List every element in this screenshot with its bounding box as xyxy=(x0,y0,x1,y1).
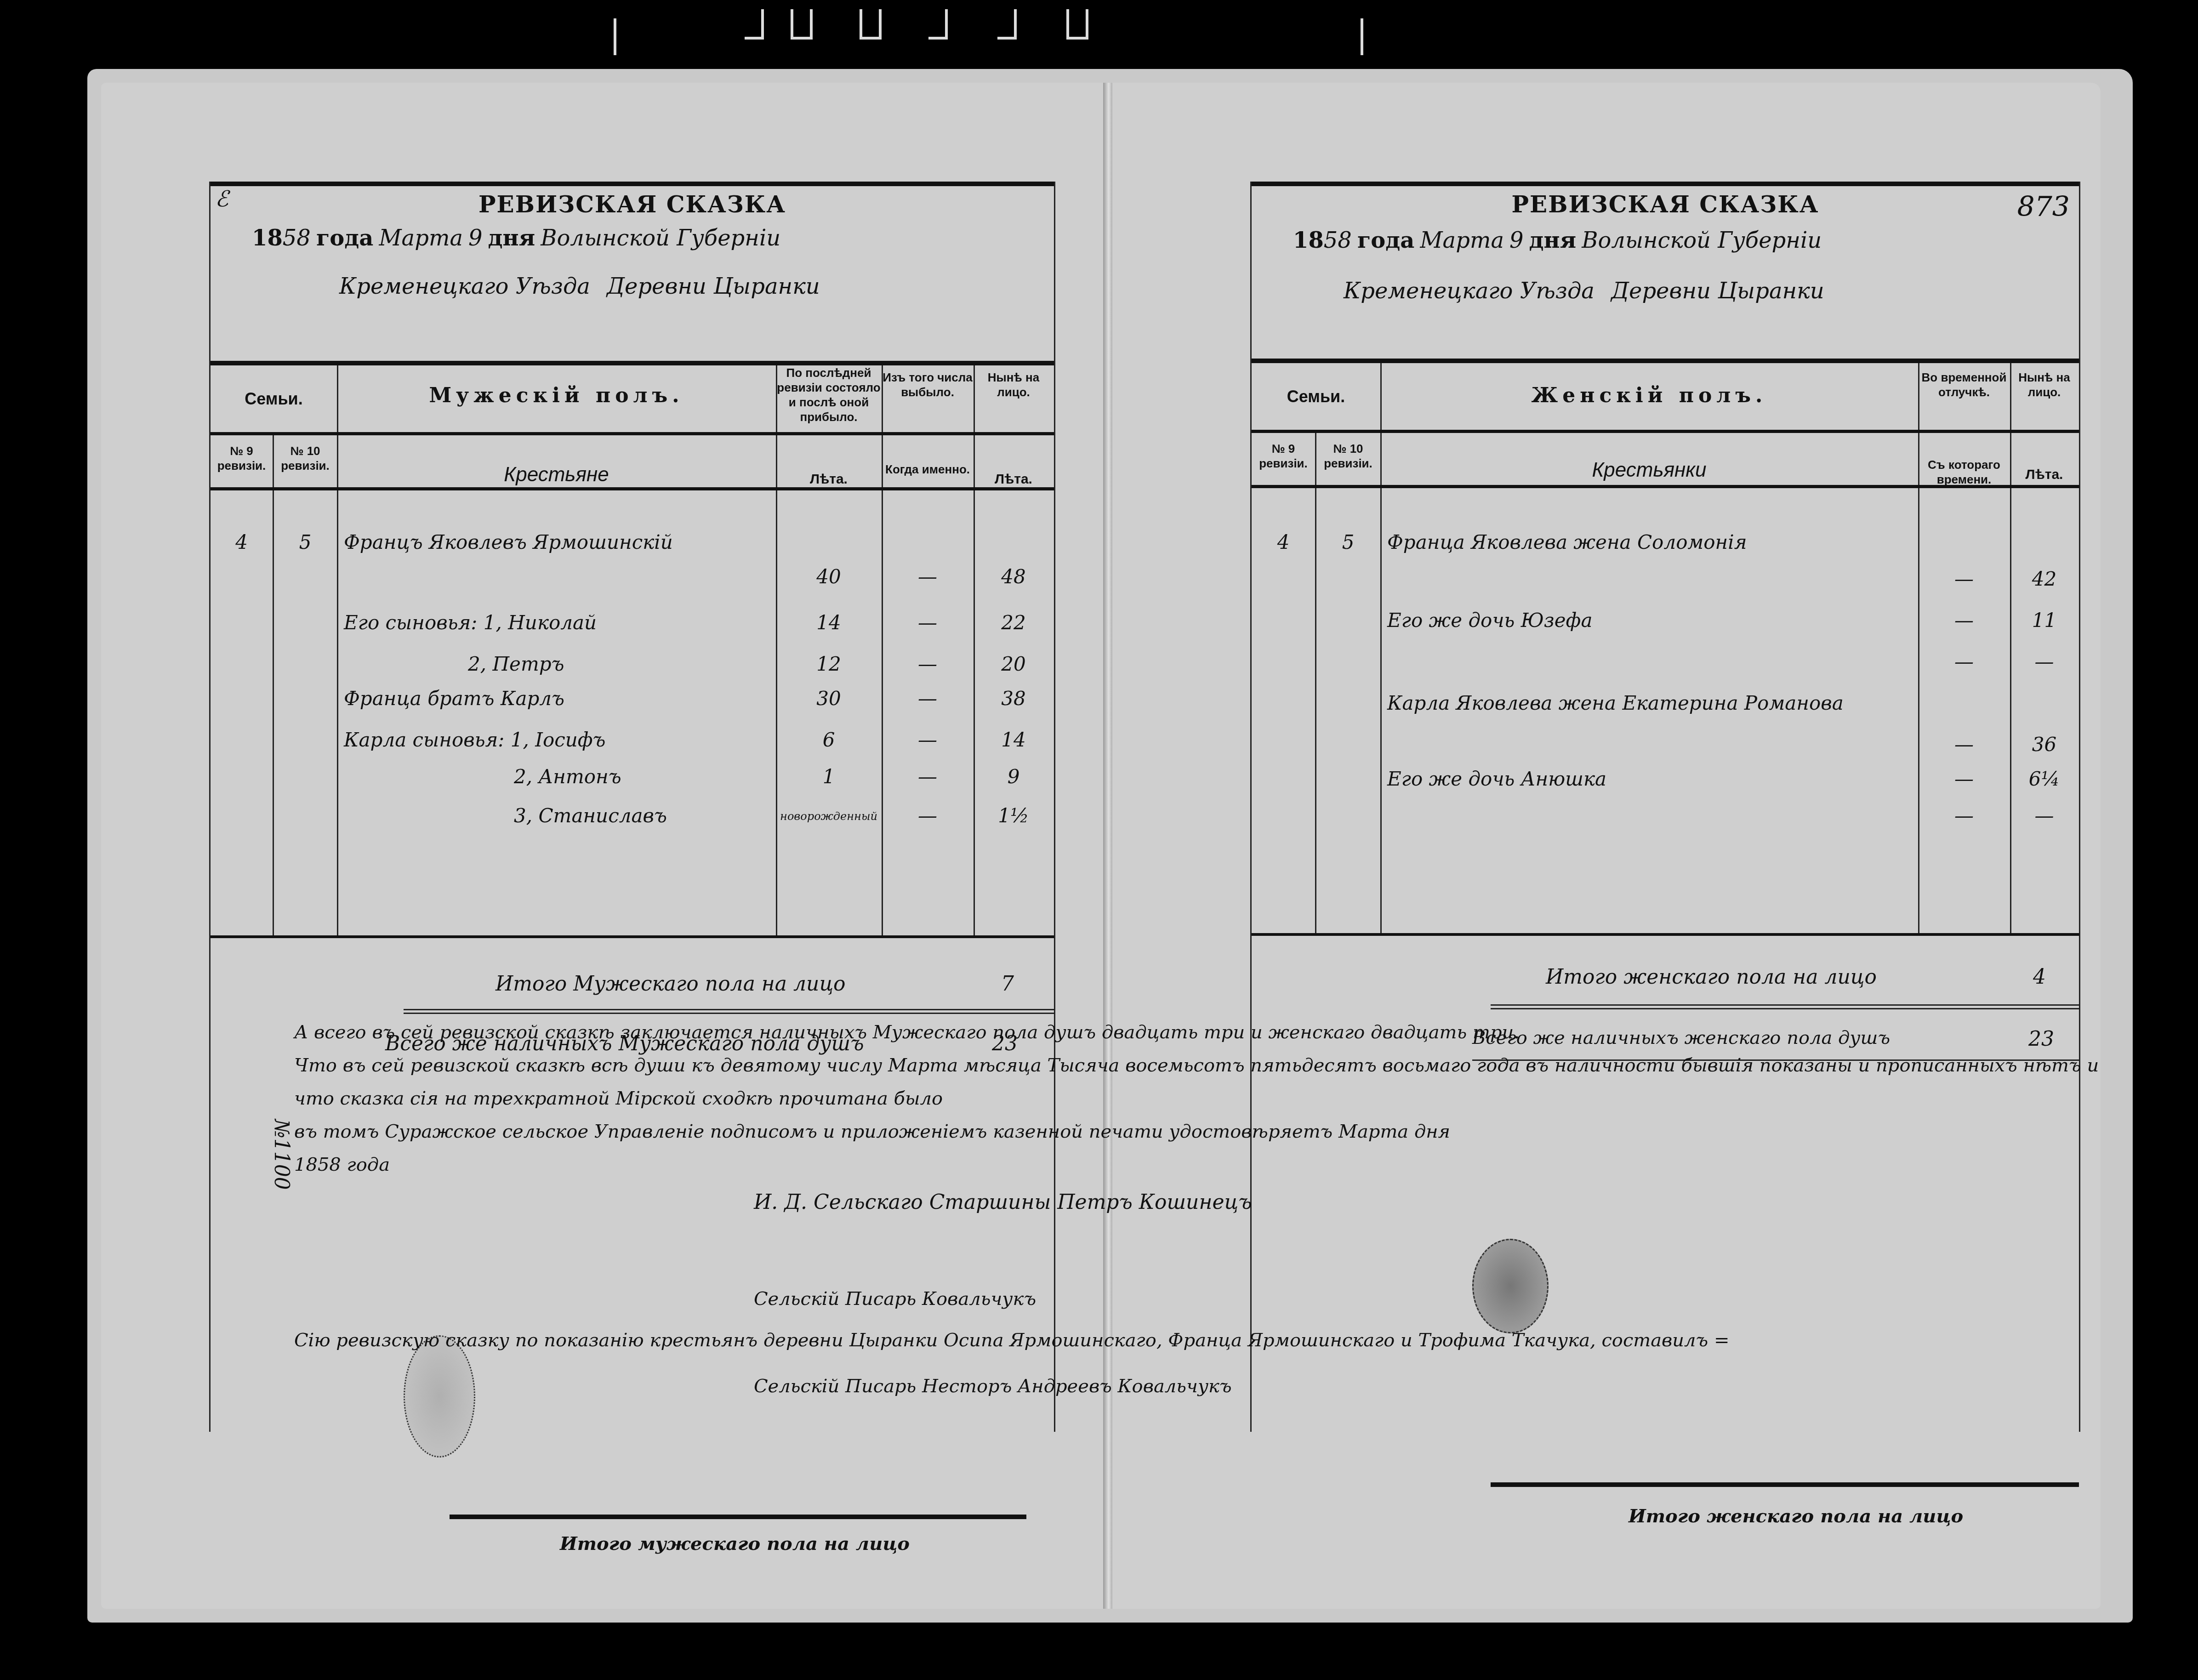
sub-no10: № 10 ревизіи. xyxy=(273,444,337,473)
page-title: РЕВИЗСКАЯ СКАЗКА xyxy=(211,191,1054,218)
seal-stamp xyxy=(1472,1239,1549,1333)
rule xyxy=(404,1013,1054,1014)
binder-tab xyxy=(860,9,882,40)
table-row: 3, Станиславъ новорожденный — 1½ xyxy=(211,804,1054,846)
sub-estate: Крестьянки xyxy=(1380,462,1918,478)
col-sex: Мужескій полъ. xyxy=(337,384,776,407)
day: 9 xyxy=(1509,228,1524,253)
rule xyxy=(211,432,1054,435)
col-departed: Изъ того числа выбыло. xyxy=(883,370,973,399)
date-line: 1858 года Марта 9 дня Волынской Губерніи xyxy=(1293,228,1822,253)
sub-since: Съ котораго времени. xyxy=(1919,457,2009,487)
total-present-label: Итого женскаго пола на лицо xyxy=(1546,965,1877,989)
date-line: 1858 года Марта 9 дня Волынской Губерніи xyxy=(252,225,780,251)
rule xyxy=(211,935,1054,938)
col-temp-absent: Во временной отлучкѣ. xyxy=(1919,370,2009,399)
right-page: РЕВИЗСКАЯ СКАЗКА 873 1858 года Марта 9 д… xyxy=(1112,83,2101,1609)
total-present-value: 7 xyxy=(1001,972,1014,996)
folio-number: 873 xyxy=(2017,191,2070,223)
table-row: Карла Яковлева жена Екатерина Романова —… xyxy=(1252,692,2079,733)
binder-mark xyxy=(614,18,616,55)
sub-years: Лѣта. xyxy=(2011,467,2078,483)
binder-mark xyxy=(1361,18,1363,55)
day: 9 xyxy=(468,225,483,251)
open-book: ℰ РЕВИЗСКАЯ СКАЗКА 1858 года Марта 9 дня… xyxy=(87,69,2133,1623)
certification-line: 1858 года xyxy=(294,1148,2110,1181)
rule xyxy=(1491,1482,2079,1487)
rule xyxy=(211,182,1054,186)
table-row: Его же дочь Юзефа — 11 xyxy=(1252,609,2079,650)
rule xyxy=(1252,485,2079,488)
sub-no9: № 9 ревизіи. xyxy=(1252,441,1315,471)
table-row: Франца братъ Карлъ 30 — 38 xyxy=(211,687,1054,729)
location-line: Кременецкаго Уѣзда Деревни Цыранки xyxy=(1344,278,1824,304)
table-row: 4 5 Франца Яковлева жена Соломонія — 42 xyxy=(1252,531,2079,572)
table-row: Его же дочь Анюшка — 6¼ xyxy=(1252,768,2079,809)
binder-tab xyxy=(791,9,813,40)
rule xyxy=(211,487,1054,490)
footer-total-label: Итого мужескаго пола на лицо xyxy=(560,1533,910,1555)
district: Кременецкаго Уѣзда xyxy=(339,273,590,299)
certification-line: въ томъ Суражское сельское Управленіе по… xyxy=(294,1115,2110,1148)
sub-years: Лѣта. xyxy=(777,471,881,488)
male-census-form: ℰ РЕВИЗСКАЯ СКАЗКА 1858 года Марта 9 дня… xyxy=(209,182,1055,1432)
col-family: Семьи. xyxy=(1252,388,1380,405)
sub-estate: Крестьяне xyxy=(337,467,776,483)
female-census-form: РЕВИЗСКАЯ СКАЗКА 873 1858 года Марта 9 д… xyxy=(1250,182,2080,1432)
rule xyxy=(450,1515,1026,1519)
composed-line: Сію ревизскую сказку по показанію кресть… xyxy=(294,1324,2110,1357)
binder-tab xyxy=(1066,9,1088,40)
binder-tab xyxy=(745,9,764,40)
village: Деревни Цыранки xyxy=(607,273,820,299)
col-now: Нынѣ на лицо. xyxy=(2011,370,2078,399)
table-row: — — xyxy=(1252,650,2079,692)
footer-total-label: Итого женскаго пола на лицо xyxy=(1629,1505,1963,1527)
composed-signature: Сельскій Писарь Несторъ Андреевъ Ковальч… xyxy=(754,1370,1232,1403)
location-line: Кременецкаго Уѣзда Деревни Цыранки xyxy=(339,273,820,299)
certification-line: Что въ сей ревизской сказкѣ всѣ души къ … xyxy=(294,1049,2110,1115)
page-title: РЕВИЗСКАЯ СКАЗКА xyxy=(1252,191,2079,218)
col-family: Семьи. xyxy=(211,391,337,407)
village: Деревни Цыранки xyxy=(1611,278,1824,304)
rule xyxy=(1252,933,2079,936)
col-sex: Женскій полъ. xyxy=(1380,384,1918,407)
table-row: Карла сыновья: 1, Іосифъ 6 — 14 xyxy=(211,729,1054,770)
province: Волынской Губерніи xyxy=(1582,228,1822,253)
table-row: — — xyxy=(1252,804,2079,846)
total-present-value: 4 xyxy=(2033,965,2046,989)
sub-no9: № 9 ревизіи. xyxy=(211,444,273,473)
binder-tab xyxy=(928,9,948,40)
table-row: Его сыновья: 1, Николай 14 — 22 xyxy=(211,611,1054,653)
elder-signature: И. Д. Сельскаго Старшины Петръ Кошинецъ xyxy=(754,1186,1252,1219)
table-row: 2, Антонъ 1 — 9 xyxy=(211,765,1054,807)
clerk-signature: Сельскій Писарь Ковальчукъ xyxy=(754,1282,1036,1316)
col-now: Нынѣ на лицо. xyxy=(974,370,1053,399)
certification-text: А всего въ сей ревизской сказкѣ заключае… xyxy=(294,1016,2110,1181)
rule xyxy=(1491,1004,2079,1006)
month: Марта xyxy=(379,225,463,251)
certification-line: А всего въ сей ревизской сказкѣ заключае… xyxy=(294,1016,2110,1049)
district: Кременецкаго Уѣзда xyxy=(1344,278,1594,304)
rule xyxy=(404,1009,1054,1010)
binder-tab xyxy=(997,9,1017,40)
rule xyxy=(211,361,1054,365)
rule xyxy=(1252,359,2079,363)
month: Марта xyxy=(1420,228,1504,253)
margin-note: №1100 xyxy=(270,1119,293,1190)
rule xyxy=(1252,430,2079,433)
sub-when: Когда именно. xyxy=(883,462,973,477)
table-row: 4 5 Францъ Яковлевъ Ярмошинскій 40 — 48 xyxy=(211,531,1054,572)
sub-no10: № 10 ревизіи. xyxy=(1316,441,1380,471)
total-present-label: Итого Мужескаго пола на лицо xyxy=(495,972,846,996)
sub-years-now: Лѣта. xyxy=(974,471,1053,488)
province: Волынской Губерніи xyxy=(541,225,780,251)
rule xyxy=(1252,182,2079,186)
rule xyxy=(1491,1008,2079,1009)
col-last-revision: По послѣдней ревизіи состояло и послѣ он… xyxy=(777,365,881,424)
